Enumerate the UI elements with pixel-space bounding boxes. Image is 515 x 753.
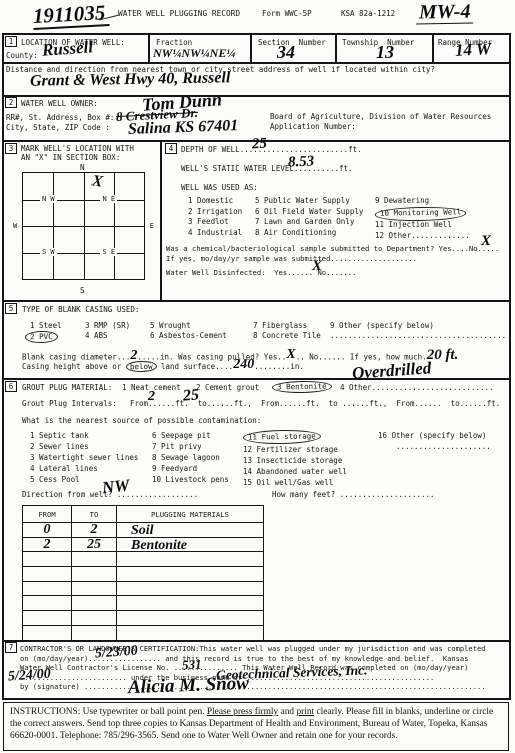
- use-item: 9 Dewatering: [375, 196, 470, 207]
- application-number-label: Application Number:: [270, 122, 356, 131]
- to-cell: [71, 582, 116, 596]
- section-box-title-1: MARK WELL'S LOCATION WITH: [21, 144, 134, 153]
- west-label: W: [11, 222, 19, 230]
- casing-option: 9 Other (specify below): [330, 321, 434, 330]
- county-value-handwritten: Russell: [41, 38, 93, 59]
- other-dots-line: .......................................: [330, 331, 506, 340]
- ne-quarter-label: N E: [100, 195, 117, 203]
- direction-value-handwritten: NW: [101, 477, 130, 497]
- cell-divider: [148, 33, 150, 62]
- form-title: WATER WELL PLUGGING RECORD: [118, 9, 240, 18]
- contamination-item-circled: 11 Fuel storage: [243, 430, 347, 444]
- plugging-materials-table: FROM TO PLUGGING MATERIALS 0 2 Soil 2 25…: [22, 505, 264, 641]
- well-location-x-mark: X: [91, 173, 104, 190]
- serial-number-handwritten: 1911035: [32, 2, 109, 30]
- disinfected-line: Water Well Disinfected: Yes...... No....…: [166, 268, 356, 277]
- casing-option-circled: 2 PVC: [25, 331, 58, 343]
- cell-divider: [335, 33, 337, 62]
- sample-no-x-mark: X: [481, 234, 491, 249]
- to-cell: [71, 567, 116, 581]
- owner-city-label: City, State, ZIP Code :: [6, 123, 110, 132]
- grout-intervals-label: Grout Plug Intervals:: [22, 399, 117, 408]
- se-quarter-label: S E: [100, 248, 117, 256]
- material-value-handwritten: Soil: [131, 523, 154, 539]
- record-date-handwritten: 5/24/00: [8, 668, 52, 685]
- contamination-item: 2 Sewer lines: [30, 441, 138, 452]
- casing-option: 3 RMP (SR): [85, 321, 130, 330]
- use-item: 11 Injection Well: [375, 220, 470, 231]
- contamination-question: What is the nearest source of possible c…: [22, 416, 261, 425]
- use-item: 8 Air Conditioning: [255, 228, 363, 239]
- instructions-text: INSTRUCTIONS: Use typewriter or ball poi…: [10, 707, 207, 717]
- contamination-item: 9 Feedyard: [152, 463, 229, 474]
- section-7-number: 7: [5, 642, 17, 653]
- well-id-handwritten: MW-4: [416, 2, 474, 25]
- below-circle: below: [126, 361, 157, 373]
- contamination-item: 10 Livestock pens: [152, 474, 229, 485]
- contamination-item: 4 Lateral lines: [30, 463, 138, 474]
- grout-material: 2 Cement grout: [196, 383, 259, 392]
- use-item: 12 Other.............: [375, 231, 470, 242]
- to-cell: [71, 626, 116, 640]
- certification-line-5: by (signature) .........................…: [20, 682, 486, 691]
- height-mid: land surface....: [156, 362, 233, 371]
- height-suffix: ........in.: [254, 362, 304, 371]
- use-item: 5 Public Water Supply: [255, 196, 363, 207]
- table-empty-row: [23, 625, 263, 640]
- table-header-row: FROM TO PLUGGING MATERIALS: [23, 506, 263, 522]
- divider: [2, 95, 511, 97]
- sample-submitted-question: Was a chemical/bacteriological sample su…: [166, 244, 499, 253]
- east-label: E: [148, 222, 156, 230]
- contamination-item: 15 Oil well/Gas well: [243, 477, 347, 488]
- table-row: 2 25 Bentonite: [23, 537, 263, 552]
- statute-reference: KSA 82a-1212: [341, 9, 395, 18]
- section-number-value-handwritten: 34: [277, 43, 295, 61]
- instructions-text: and: [278, 707, 296, 717]
- divider: [2, 378, 511, 380]
- range-number-value-handwritten: 14 W: [455, 40, 492, 59]
- township-number-value-handwritten: 13: [376, 43, 394, 61]
- material-value-handwritten: Bentonite: [131, 538, 187, 554]
- north-label: N: [80, 163, 85, 172]
- contamination-item: 3 Watertight sewer lines: [30, 452, 138, 463]
- from-value-handwritten: 0: [44, 522, 51, 538]
- casing-option: 1 Steel: [30, 321, 62, 330]
- section-location-grid: N W N E S W S E W E: [22, 172, 145, 280]
- interval-to-handwritten: 25: [182, 387, 199, 404]
- to-header: TO: [71, 506, 116, 522]
- section-1-number: 1: [5, 36, 17, 47]
- certification-line-2: on (mo/day/year)................. and th…: [20, 654, 468, 663]
- divider: [2, 300, 511, 302]
- material-cell: [116, 596, 263, 610]
- well-uses-column-1: 1 Domestic 2 Irrigation 3 Feedlot 4 Indu…: [188, 196, 242, 238]
- use-item: 2 Irrigation: [188, 207, 242, 218]
- grout-material-circled: 3 Bentonite: [272, 381, 332, 393]
- from-cell: [23, 567, 71, 581]
- static-level-value-handwritten: 8.53: [288, 154, 315, 170]
- certification-line-1: CONTRACTOR'S OR LANDOWNER'S CERTIFICATIO…: [20, 644, 486, 653]
- casing-height-line: Casing height above or below land surfac…: [22, 360, 304, 374]
- to-value-handwritten: 2: [91, 522, 98, 538]
- form-number: Form WWC-5P: [262, 9, 312, 18]
- use-item: 1 Domestic: [188, 196, 242, 207]
- grid-line: [23, 226, 144, 227]
- material-cell: Soil: [116, 523, 263, 537]
- contamination-column-3: 11 Fuel storage 12 Fertilizer storage 13…: [243, 430, 347, 488]
- cell-divider: [160, 140, 162, 300]
- instructions-underlined: print: [296, 707, 314, 717]
- height-prefix: Casing height above or: [22, 362, 126, 371]
- monitoring-well-circle: 10 Monitoring Well: [375, 206, 467, 221]
- use-item: 3 Feedlot: [188, 217, 242, 228]
- casing-option: 7 Fiberglass: [253, 321, 307, 330]
- contamination-item: 14 Abandoned water well: [243, 466, 347, 477]
- from-value-handwritten: 2: [44, 537, 51, 553]
- grout-title: GROUT PLUG MATERIAL:: [22, 383, 112, 392]
- depth-value-handwritten: 25: [252, 137, 268, 153]
- casing-option: 5 Wrought: [150, 321, 191, 330]
- divider: [2, 62, 511, 64]
- contamination-item: 8 Sewage lagoon: [152, 452, 229, 463]
- disinfected-no-x-mark: X: [312, 259, 322, 274]
- from-cell: [23, 626, 71, 640]
- static-water-level-line: WELL'S STATIC WATER LEVEL..........ft.: [181, 164, 353, 173]
- table-empty-row: [23, 581, 263, 596]
- to-cell: [71, 596, 116, 610]
- section-4-number: 4: [165, 143, 177, 154]
- plugging-materials-header: PLUGGING MATERIALS: [116, 506, 263, 522]
- table-empty-row: [23, 595, 263, 610]
- casing-option: 8 Concrete Tile: [253, 331, 321, 340]
- well-uses-column-2: 5 Public Water Supply 6 Oil Field Water …: [255, 196, 363, 238]
- section-6-number: 6: [5, 381, 17, 392]
- county-label: County:: [6, 51, 38, 60]
- instructions-underlined: Please press firmly: [207, 707, 278, 717]
- material-cell: [116, 582, 263, 596]
- from-header: FROM: [23, 506, 71, 522]
- to-cell: 25: [71, 538, 116, 552]
- owner-title: WATER WELL OWNER:: [21, 99, 98, 108]
- signature-handwritten: Alicia M. Snow: [128, 674, 249, 697]
- from-cell: [23, 611, 71, 625]
- well-uses-column-3: 9 Dewatering 10 Monitoring Well 11 Injec…: [375, 196, 470, 241]
- fraction-value-handwritten: NW¼NW¼NE¼: [153, 47, 235, 59]
- section-box-title-2: AN "X" IN SECTION BOX:: [21, 153, 120, 162]
- material-cell: [116, 552, 263, 566]
- pvc-circle: 2 PVC: [25, 331, 58, 344]
- section-3-number: 3: [5, 143, 17, 154]
- south-label: S: [80, 286, 85, 295]
- from-cell: 0: [23, 523, 71, 537]
- section-2-number: 2: [5, 97, 17, 108]
- height-value-handwritten: 240: [233, 358, 254, 372]
- material-cell: [116, 626, 263, 640]
- bentonite-circle: 3 Bentonite: [272, 380, 332, 393]
- grout-material: 4 Other...........................: [340, 383, 494, 392]
- interval-from-handwritten: 2: [148, 390, 155, 404]
- owner-address-label: RR#, St. Address, Box #:: [6, 113, 114, 122]
- from-cell: [23, 582, 71, 596]
- contamination-column-2: 6 Seepage pit 7 Pit privy 8 Sewage lagoo…: [152, 430, 229, 485]
- to-cell: 2: [71, 523, 116, 537]
- material-cell: Bentonite: [116, 538, 263, 552]
- section-5-number: 5: [5, 303, 17, 314]
- table-empty-row: [23, 551, 263, 566]
- material-cell: [116, 611, 263, 625]
- contamination-item: 6 Seepage pit: [152, 430, 229, 441]
- contamination-item: 12 Fertilizer storage: [243, 444, 347, 455]
- from-cell: [23, 552, 71, 566]
- fuel-storage-circle: 11 Fuel storage: [243, 429, 321, 444]
- to-cell: [71, 552, 116, 566]
- contamination-item: 13 Insecticide storage: [243, 455, 347, 466]
- license-number-handwritten: 531: [182, 657, 202, 671]
- use-item: 6 Oil Field Water Supply: [255, 207, 363, 218]
- pulled-amount-handwritten: 20 ft.: [427, 348, 459, 363]
- completed-date-handwritten: 5/23/00: [95, 645, 139, 662]
- water-well-plugging-record-scan: { "header": { "serial": "1911035", "titl…: [0, 0, 515, 753]
- material-cell: [116, 567, 263, 581]
- well-used-as-label: WELL WAS USED AS:: [181, 183, 258, 192]
- cell-divider: [432, 33, 434, 62]
- contamination-item: 7 Pit privy: [152, 441, 229, 452]
- use-item: 7 Lawn and Garden Only: [255, 217, 363, 228]
- use-item: 4 Industrial: [188, 228, 242, 239]
- casing-option: 4 ABS: [85, 331, 108, 340]
- to-cell: [71, 611, 116, 625]
- use-item-circled: 10 Monitoring Well: [375, 207, 470, 221]
- from-cell: [23, 596, 71, 610]
- contamination-item: 16 Other (specify below): [378, 430, 491, 441]
- table-empty-row: [23, 566, 263, 581]
- contamination-column-4: 16 Other (specify below) ...............…: [378, 430, 491, 452]
- other-dots-line: .....................: [378, 441, 491, 452]
- from-cell: 2: [23, 538, 71, 552]
- sw-quarter-label: S W: [40, 248, 57, 256]
- casing-option: 6 Asbestos-Cement: [150, 331, 227, 340]
- depth-of-well-line: DEPTH OF WELL........................ft.: [181, 145, 362, 154]
- to-value-handwritten: 25: [87, 537, 101, 553]
- sample-date-line: If yes, mo/day/yr sample was submitted..…: [166, 254, 417, 263]
- casing-title: TYPE OF BLANK CASING USED:: [22, 305, 139, 314]
- contamination-item: 1 Septic tank: [30, 430, 138, 441]
- table-row: 0 2 Soil: [23, 522, 263, 537]
- instructions-box: INSTRUCTIONS: Use typewriter or ball poi…: [3, 702, 509, 751]
- table-empty-row: [23, 610, 263, 625]
- how-many-feet-label: How many feet? .....................: [272, 490, 435, 499]
- nw-quarter-label: N W: [40, 195, 57, 203]
- cell-divider: [250, 33, 252, 62]
- board-of-agriculture-label: Board of Agriculture, Division of Water …: [270, 112, 491, 121]
